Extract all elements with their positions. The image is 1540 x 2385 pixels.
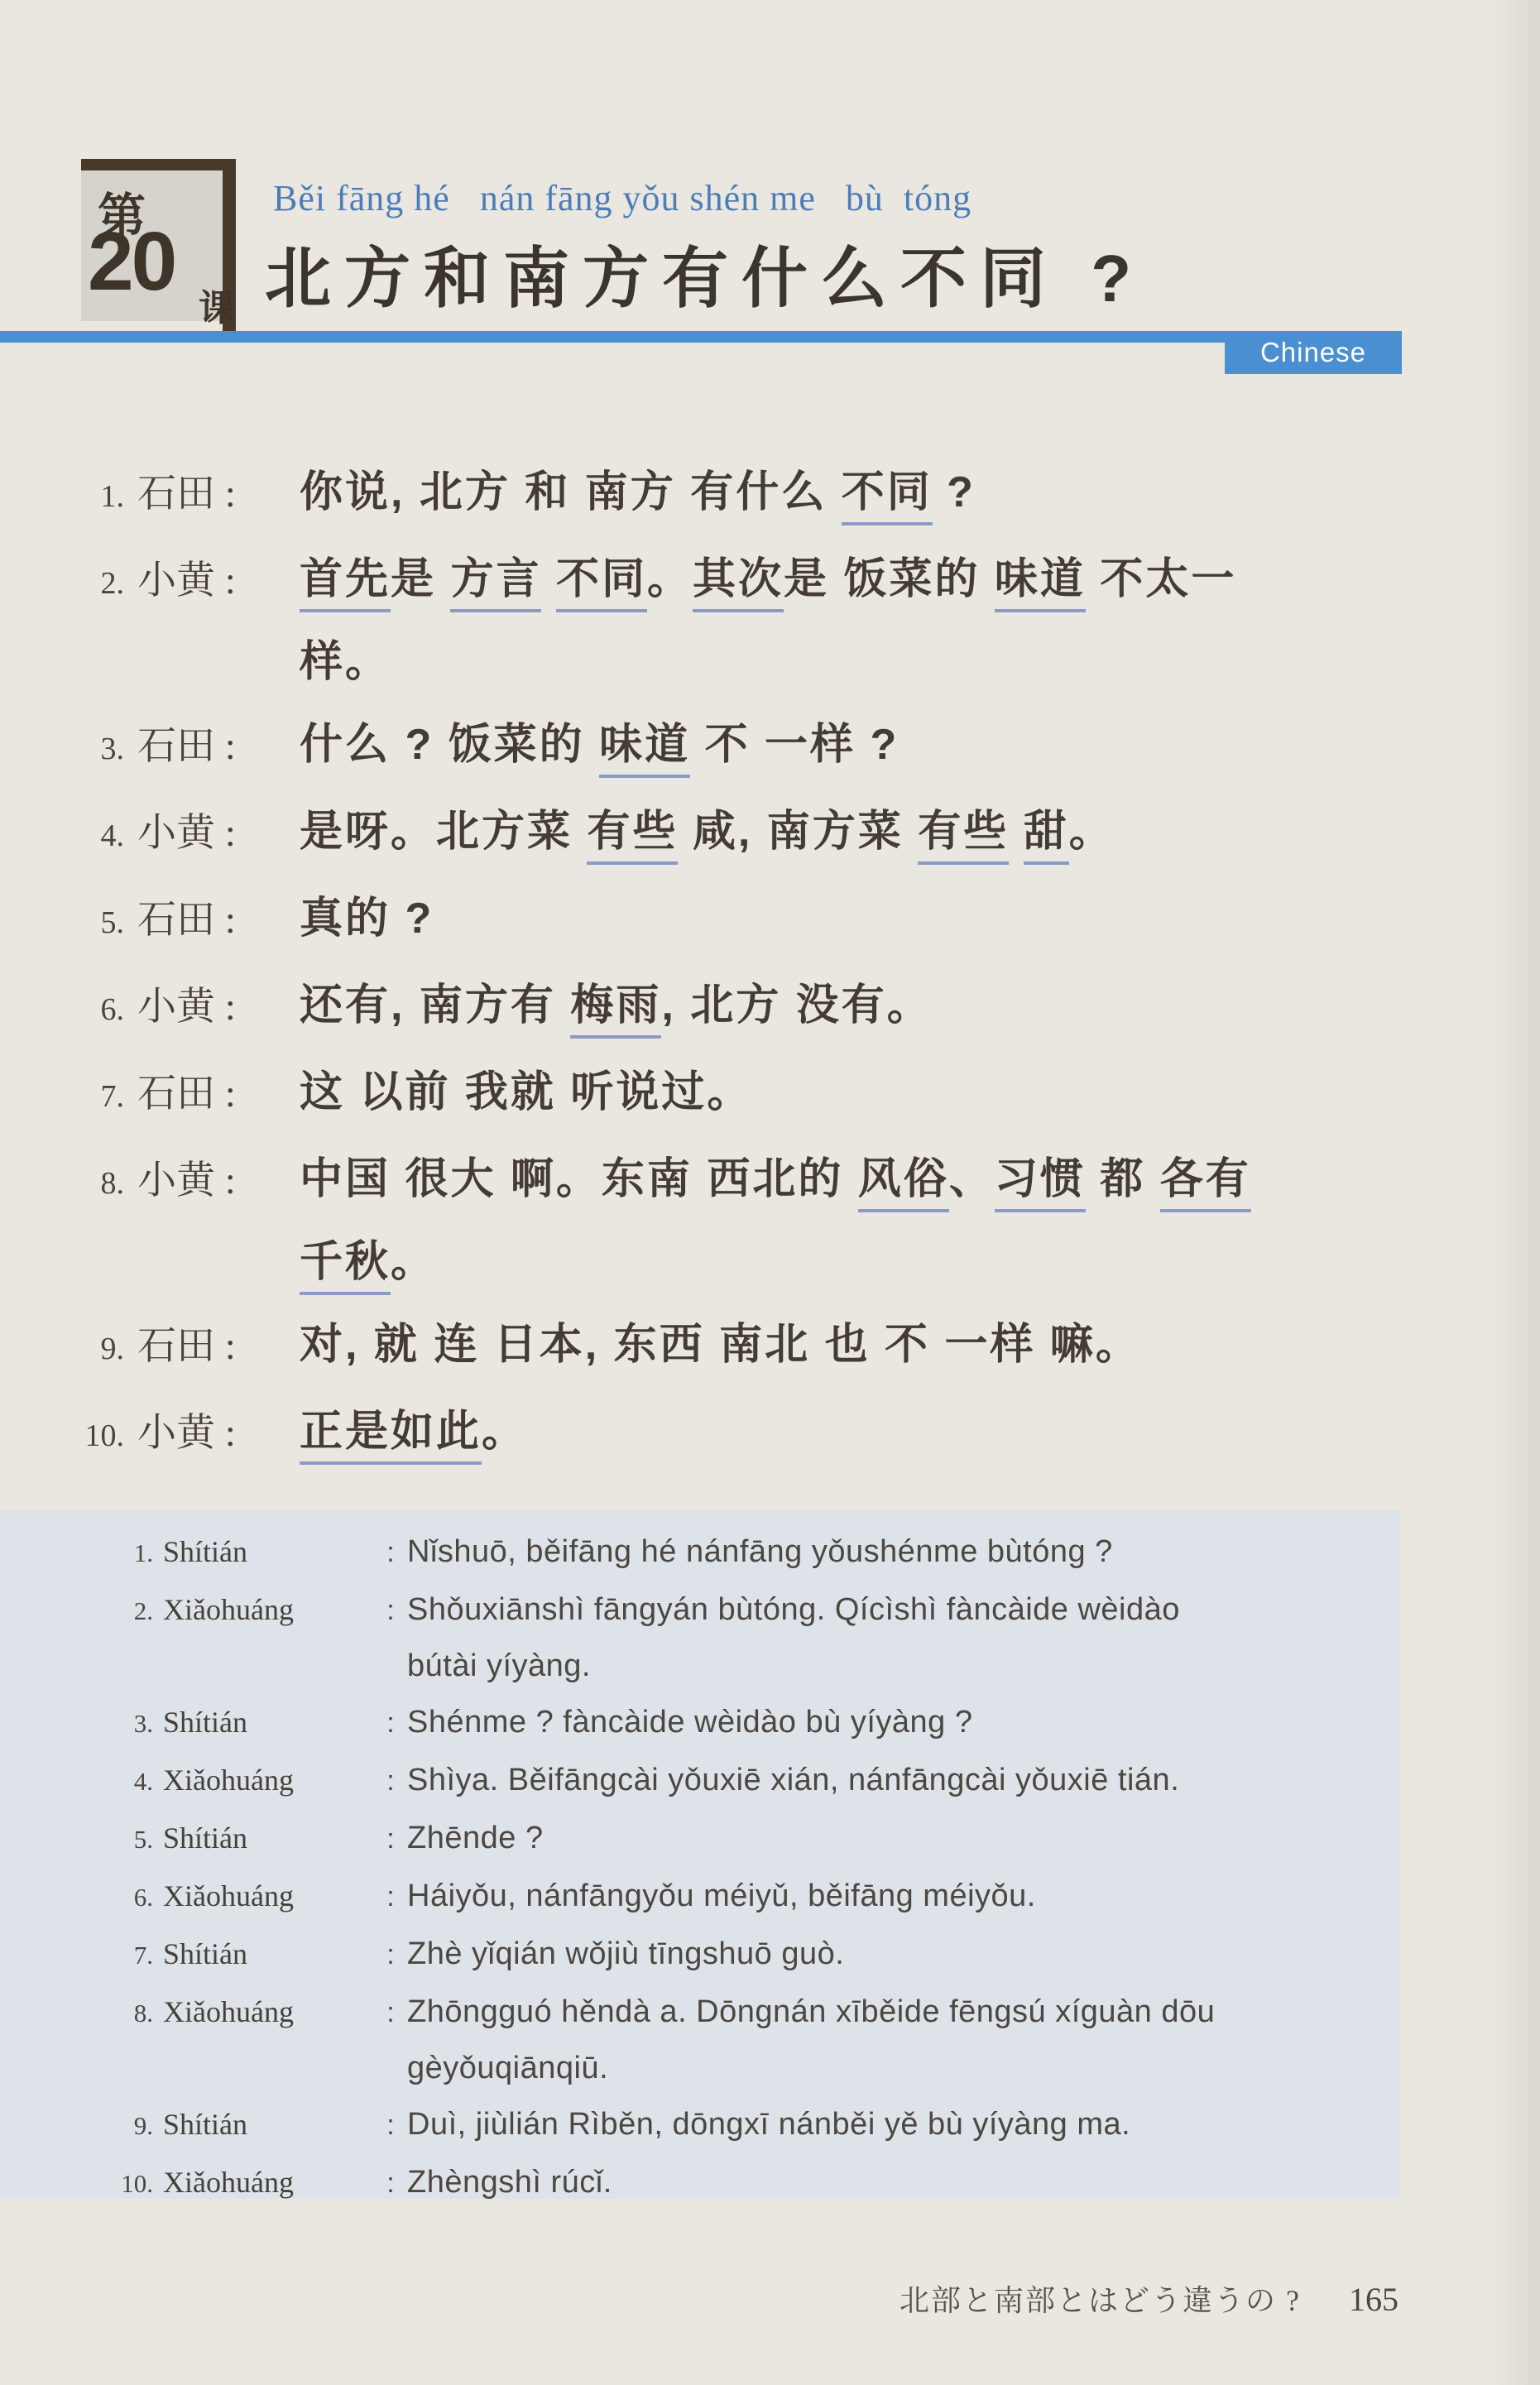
row-number: 10. [0, 2156, 153, 2212]
page-number: 165 [1349, 2280, 1398, 2319]
text-segment: 是 饭菜的 [784, 555, 995, 603]
speaker-colon: : [215, 899, 236, 942]
row-number: 5. [0, 881, 124, 964]
speaker-label: 小黄 : [124, 1392, 300, 1475]
text-segment [541, 555, 555, 603]
speaker-colon: : [215, 1325, 236, 1368]
underlined-term: 味道 [599, 721, 690, 778]
lesson-number-box: 第 20 课 [81, 159, 236, 321]
dialogue-text: 正是如此。 [300, 1390, 1481, 1473]
text-segment [1009, 808, 1023, 856]
underlined-term: 各有 [1160, 1155, 1251, 1212]
pinyin-row: 3.Shítián:Shénme ? fàncàide wèidào bù yí… [0, 1694, 1400, 1752]
text-segment: 中国 很大 啊。东南 西北的 [300, 1155, 858, 1203]
text-segment: 。 [482, 1408, 527, 1456]
dialogue-text: 是呀。北方菜 有些 咸, 南方菜 有些 甜。 [300, 790, 1481, 873]
pinyin-text: Shǒuxiānshì fāngyán bùtóng. Qícìshì fànc… [407, 1581, 1400, 1694]
row-number: 10. [0, 1394, 124, 1477]
dialogue-text: 你说, 北方 和 南方 有什么 不同 ? [300, 451, 1481, 534]
row-number: 8. [0, 1985, 153, 2042]
dialogue-row: 10.小黄 :正是如此。 [0, 1390, 1481, 1477]
underlined-term: 习惯 [995, 1155, 1086, 1212]
text-segment: 是 [391, 555, 450, 603]
speaker-label: 石田 : [124, 705, 300, 788]
row-number: 3. [0, 708, 124, 790]
text-segment: 都 [1086, 1155, 1160, 1203]
dialogue-text: 对, 就 连 日本, 东西 南北 也 不 一样 嘛。 [300, 1303, 1481, 1386]
dialogue-text: 真的 ? [300, 877, 1481, 960]
underlined-term: 甜 [1024, 808, 1069, 865]
speaker-label: 石田 : [124, 1305, 300, 1388]
dialogue-section: 1.石田 :你说, 北方 和 南方 有什么 不同 ?2.小黄 :首先是 方言 不… [0, 451, 1481, 1477]
lesson-box-top-bar [81, 159, 236, 170]
text-segment: 不 一样 ? [690, 721, 899, 769]
text-segment: 什么 ? 饭菜的 [300, 721, 599, 769]
dialogue-text: 什么 ? 饭菜的 味道 不 一样 ? [300, 703, 1481, 786]
pinyin-row: 6.Xiǎohuáng:Háiyǒu, nánfāngyǒu méiyǔ, bě… [0, 1868, 1400, 1926]
dialogue-text: 这 以前 我就 听说过。 [300, 1051, 1481, 1134]
speaker-name: 小黄 [137, 1412, 215, 1455]
underlined-term: 有些 [587, 808, 678, 865]
lesson-title-chinese: 北方和南方有什么不同 ? [265, 225, 1144, 320]
underlined-term: 不同 [556, 555, 647, 612]
dialogue-row: 6.小黄 :还有, 南方有 梅雨, 北方 没有。 [0, 964, 1481, 1051]
row-number: 3. [0, 1696, 153, 1752]
text-segment: 。 [1069, 808, 1115, 856]
underlined-term: 不同 [842, 468, 933, 525]
lesson-number: 20 [88, 220, 175, 303]
speaker-colon: : [215, 725, 236, 768]
speaker-colon: : [215, 559, 236, 602]
header-divider-rule [0, 331, 1402, 343]
underlined-term: 风俗 [858, 1155, 949, 1212]
underlined-term: 千秋 [300, 1238, 391, 1295]
speaker-colon: : [374, 1524, 407, 1581]
row-number: 8. [0, 1142, 124, 1225]
speaker-name: Xiǎohuáng [153, 1581, 374, 1638]
dialogue-row: 7.石田 :这 以前 我就 听说过。 [0, 1051, 1481, 1138]
language-badge: Chinese [1225, 331, 1402, 374]
speaker-colon: : [215, 1073, 236, 1116]
speaker-name: Xiǎohuáng [153, 1752, 374, 1808]
text-segment: 不太一 [1086, 555, 1236, 603]
speaker-colon: : [215, 473, 236, 516]
speaker-colon: : [374, 1753, 407, 1809]
speaker-colon: : [215, 812, 236, 855]
speaker-label: 石田 : [124, 453, 300, 535]
dialogue-text: 还有, 南方有 梅雨, 北方 没有。 [300, 964, 1481, 1047]
pinyin-text: Zhè yǐqián wǒjiù tīngshuō guò. [407, 1926, 1400, 1982]
speaker-name: 石田 [137, 899, 215, 942]
text-segment: 。 [391, 1238, 436, 1286]
text-segment: , 北方 没有。 [661, 981, 932, 1029]
speaker-name: 小黄 [137, 812, 215, 855]
dialogue-row: 5.石田 :真的 ? [0, 877, 1481, 964]
underlined-term: 首先 [300, 555, 391, 612]
pinyin-text: Shìya. Běifāngcài yǒuxiē xián, nánfāngcà… [407, 1752, 1400, 1808]
speaker-name: Shítián [153, 1926, 374, 1982]
dialogue-row: 8.小黄 :中国 很大 啊。东南 西北的 风俗、习惯 都 各有千秋。 [0, 1138, 1481, 1303]
speaker-name: Xiǎohuáng [153, 1984, 374, 2040]
page-footer: 北部と南部とはどう違うの ? 165 [900, 2277, 1398, 2320]
pinyin-text: Nǐshuō, běifāng hé nánfāng yǒushénme bùt… [407, 1524, 1400, 1580]
text-segment: 真的 ? [300, 895, 434, 943]
speaker-name: 石田 [137, 1073, 215, 1116]
text-segment: 。 [647, 555, 693, 603]
row-number: 1. [0, 1525, 153, 1581]
pinyin-row: 4.Xiǎohuáng:Shìya. Běifāngcài yǒuxiē xiá… [0, 1752, 1400, 1810]
underlined-term: 有些 [918, 808, 1009, 865]
speaker-name: 石田 [137, 1325, 215, 1368]
speaker-colon: : [215, 986, 236, 1029]
underlined-term: 梅雨 [570, 981, 661, 1039]
dialogue-row: 9.石田 :对, 就 连 日本, 东西 南北 也 不 一样 嘛。 [0, 1303, 1481, 1390]
dialogue-text: 首先是 方言 不同。其次是 饭菜的 味道 不太一样。 [300, 538, 1481, 703]
row-number: 4. [0, 794, 124, 877]
pinyin-text: Zhōngguó hěndà a. Dōngnán xīběide fēngsú… [407, 1984, 1400, 2096]
underlined-term: 其次 [693, 555, 784, 612]
row-number: 9. [0, 1308, 124, 1390]
speaker-label: 石田 : [124, 1053, 300, 1135]
scan-edge-shading [1490, 0, 1540, 2385]
speaker-name: 石田 [137, 725, 215, 768]
pinyin-row: 2.Xiǎohuáng:Shǒuxiānshì fāngyán bùtóng. … [0, 1581, 1400, 1694]
underlined-term: 方言 [450, 555, 541, 612]
pinyin-section: 1.Shítián:Nǐshuō, běifāng hé nánfāng yǒu… [0, 1510, 1400, 2199]
speaker-name: 小黄 [137, 1159, 215, 1202]
text-segment: 你说, 北方 和 南方 有什么 [300, 468, 842, 516]
speaker-colon: : [215, 1159, 236, 1202]
dialogue-row: 1.石田 :你说, 北方 和 南方 有什么 不同 ? [0, 451, 1481, 538]
row-number: 2. [0, 542, 124, 625]
dialogue-row: 3.石田 :什么 ? 饭菜的 味道 不 一样 ? [0, 703, 1481, 790]
speaker-name: 石田 [137, 473, 215, 516]
row-number: 6. [0, 1869, 153, 1926]
speaker-label: 小黄 : [124, 966, 300, 1049]
pinyin-text: Zhèngshì rúcǐ. [407, 2154, 1400, 2210]
speaker-label: 小黄 : [124, 1140, 300, 1222]
text-segment: 咸, 南方菜 [678, 808, 918, 856]
footer-japanese-title: 北部と南部とはどう違うの ? [900, 2277, 1301, 2320]
text-segment: 还有, 南方有 [300, 981, 570, 1029]
pinyin-row: 9.Shítián:Duì, jiùlián Rìběn, dōngxī nán… [0, 2096, 1400, 2154]
speaker-name: Xiǎohuáng [153, 2154, 374, 2210]
dialogue-row: 4.小黄 :是呀。北方菜 有些 咸, 南方菜 有些 甜。 [0, 790, 1481, 877]
pinyin-row: 8.Xiǎohuáng:Zhōngguó hěndà a. Dōngnán xī… [0, 1984, 1400, 2096]
speaker-colon: : [374, 1869, 407, 1925]
textbook-page: 第 20 课 Běi fāng hé nán fāng yǒu shén me … [0, 0, 1540, 2385]
pinyin-text: Duì, jiùlián Rìběn, dōngxī nánběi yě bù … [407, 2096, 1400, 2152]
row-number: 5. [0, 1812, 153, 1868]
row-number: 9. [0, 2098, 153, 2154]
underlined-term: 正是如此 [300, 1408, 482, 1465]
row-number: 1. [0, 455, 124, 538]
text-segment: 、 [949, 1155, 995, 1203]
lesson-title-pinyin: Běi fāng hé nán fāng yǒu shén me bù tóng [273, 177, 971, 219]
pinyin-text: Shénme ? fàncàide wèidào bù yíyàng ? [407, 1694, 1400, 1750]
speaker-colon: : [374, 1927, 407, 1983]
dialogue-text: 中国 很大 啊。东南 西北的 风俗、习惯 都 各有千秋。 [300, 1138, 1481, 1303]
speaker-label: 石田 : [124, 879, 300, 962]
text-segment: 这 以前 我就 听说过。 [300, 1068, 752, 1116]
pinyin-text: Zhēnde ? [407, 1810, 1400, 1866]
speaker-name: 小黄 [137, 986, 215, 1029]
speaker-name: Shítián [153, 1524, 374, 1580]
pinyin-row: 10.Xiǎohuáng:Zhèngshì rúcǐ. [0, 2154, 1400, 2212]
dialogue-row: 2.小黄 :首先是 方言 不同。其次是 饭菜的 味道 不太一样。 [0, 538, 1481, 703]
speaker-colon: : [374, 1695, 407, 1751]
speaker-colon: : [374, 1582, 407, 1639]
speaker-colon: : [374, 1811, 407, 1867]
text-segment: 样。 [300, 638, 391, 686]
row-number: 7. [0, 1055, 124, 1138]
text-segment: 对, 就 连 日本, 东西 南北 也 不 一样 嘛。 [300, 1321, 1141, 1369]
underlined-term: 味道 [995, 555, 1086, 612]
pinyin-row: 1.Shítián:Nǐshuō, běifāng hé nánfāng yǒu… [0, 1524, 1400, 1581]
pinyin-row: 7.Shítián:Zhè yǐqián wǒjiù tīngshuō guò. [0, 1926, 1400, 1984]
speaker-name: Shítián [153, 2096, 374, 2152]
speaker-label: 小黄 : [124, 540, 300, 622]
speaker-colon: : [215, 1412, 236, 1455]
speaker-colon: : [374, 2155, 407, 2211]
speaker-name: 小黄 [137, 559, 215, 602]
lesson-suffix: 课 [199, 278, 235, 331]
speaker-label: 小黄 : [124, 792, 300, 875]
text-segment: ? [933, 468, 976, 516]
speaker-name: Xiǎohuáng [153, 1868, 374, 1924]
speaker-colon: : [374, 1984, 407, 2041]
text-segment: 是呀。北方菜 [300, 808, 587, 856]
pinyin-text: Háiyǒu, nánfāngyǒu méiyǔ, běifāng méiyǒu… [407, 1868, 1400, 1924]
speaker-name: Shítián [153, 1694, 374, 1750]
row-number: 6. [0, 968, 124, 1051]
row-number: 7. [0, 1927, 153, 1984]
row-number: 4. [0, 1754, 153, 1810]
speaker-colon: : [374, 2097, 407, 2153]
speaker-name: Shítián [153, 1810, 374, 1866]
row-number: 2. [0, 1583, 153, 1639]
pinyin-row: 5.Shítián:Zhēnde ? [0, 1810, 1400, 1868]
